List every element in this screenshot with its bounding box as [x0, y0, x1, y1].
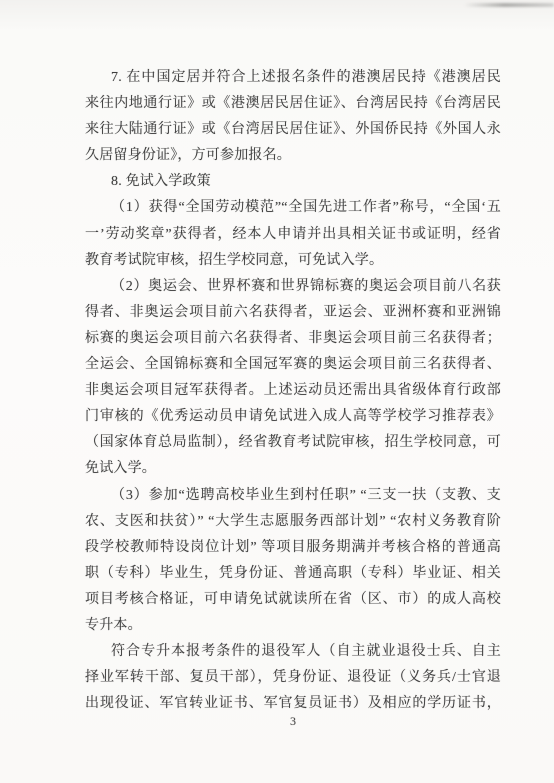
text-line: 标赛的奥运会项目前六名获得者、非奥运会项目前三名获得者；: [85, 326, 501, 352]
text-line: 门审核的《优秀运动员申请免试进入成人高等学校学习推荐表》: [85, 404, 501, 430]
text-line: 专升本。: [85, 613, 501, 639]
text-line: 一’劳动奖章”获得者，经本人申请并出具相关证书或证明，经省: [85, 222, 501, 248]
text-line: 得者、非奥运会项目前六名获得者，亚运会、亚洲杯赛和亚洲锦: [85, 300, 501, 326]
text-line: 久居留身份证》，方可参加报名。: [85, 143, 501, 169]
text-line: 职（专科）毕业生，凭身份证、普通高职（专科）毕业证、相关: [85, 561, 501, 587]
text-line: 择业军转干部、复员干部），凭身份证、退役证（义务兵/士官退: [85, 665, 501, 691]
text-line: （3）参加“选聘高校毕业生到村任职” “三支一扶（支教、支: [85, 483, 501, 509]
text-line: 项目考核合格证，可申请免试就读所在省（区、市）的成人高校: [85, 587, 501, 613]
document-page: 7. 在中国定居并符合上述报名条件的港澳居民持《港澳居民来往内地通行证》或《港澳…: [0, 0, 554, 783]
text-line: 非奥运会项目冠军获得者。上述运动员还需出具省级体育行政部: [85, 378, 501, 404]
text-line: （1）获得“全国劳动模范”“全国先进工作者”称号，“全国‘五: [85, 195, 501, 221]
scan-artifact-streak: [464, 3, 554, 7]
text-line: 8. 免试入学政策: [85, 169, 501, 195]
document-body: 7. 在中国定居并符合上述报名条件的港澳居民持《港澳居民来往内地通行证》或《港澳…: [85, 65, 501, 717]
page-number: 3: [85, 714, 501, 729]
text-line: 段学校教师特设岗位计划” 等项目服务期满并考核合格的普通高: [85, 535, 501, 561]
text-line: 来往内地通行证》或《港澳居民居住证》、台湾居民持《台湾居民: [85, 91, 501, 117]
text-line: （2）奥运会、世界杯赛和世界锦标赛的奥运会项目前八名获: [85, 274, 501, 300]
text-line: 农、支医和扶贫）” “大学生志愿服务西部计划” “农村义务教育阶: [85, 509, 501, 535]
text-line: 教育考试院审核，招生学校同意，可免试入学。: [85, 248, 501, 274]
text-line: （国家体育总局监制），经省教育考试院审核，招生学校同意，可: [85, 430, 501, 456]
text-line: 全运会、全国锦标赛和全国冠军赛的奥运会项目前三名获得者、: [85, 352, 501, 378]
text-line: 来往大陆通行证》或《台湾居民居住证》、外国侨民持《外国人永: [85, 117, 501, 143]
text-line: 免试入学。: [85, 456, 501, 482]
text-line: 7. 在中国定居并符合上述报名条件的港澳居民持《港澳居民: [85, 65, 501, 91]
text-line: 符合专升本报考条件的退役军人（自主就业退役士兵、自主: [85, 639, 501, 665]
